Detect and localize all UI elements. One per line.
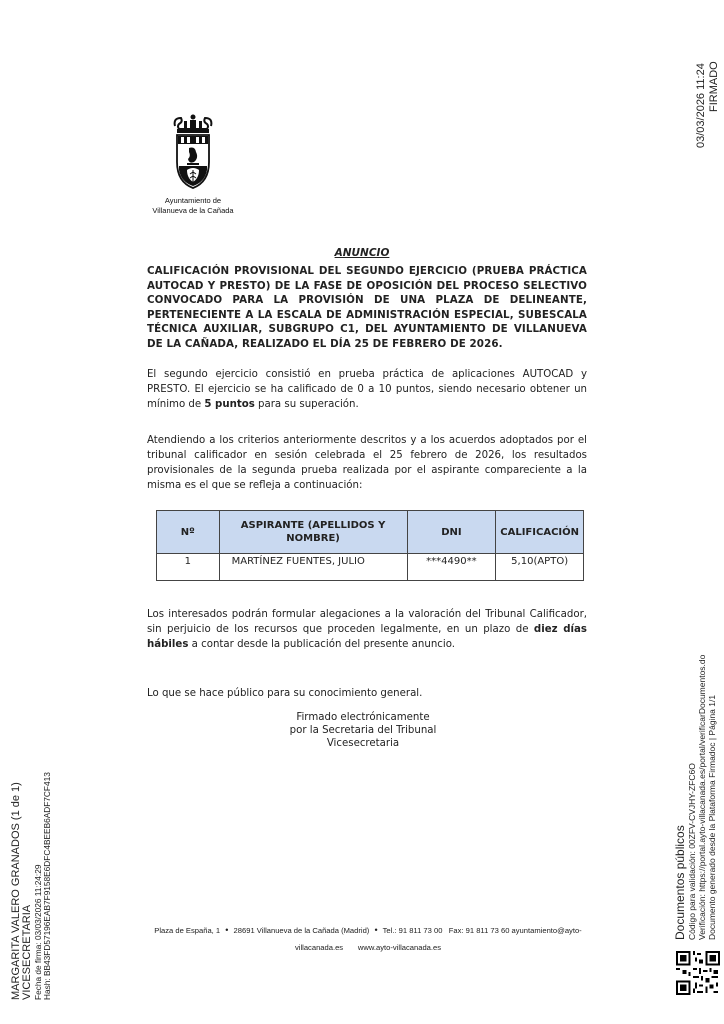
paragraph-text: Los interesados podrán formular alegacio… (147, 609, 587, 635)
footer-separator: • (225, 925, 228, 935)
paragraph-public-notice: Lo que se hace público para su conocimie… (147, 686, 587, 701)
column-header-grade: CALIFICACIÓN (496, 511, 584, 554)
footer-separator: • (374, 925, 377, 935)
page-footer: Plaza de España, 1 • 28691 Villanueva de… (148, 922, 588, 956)
column-header-applicant: ASPIRANTE (APELLIDOS Y NOMBRE) (219, 511, 407, 554)
cell-grade: 5,10(APTO) (496, 554, 584, 581)
cell-applicant: MARTÍNEZ FUENTES, JULIO (219, 554, 407, 581)
verification-url[interactable]: Verificación: https://portal.ayto-villac… (697, 655, 707, 940)
signer-hash: Hash: BB43FD57196EAB7F9158E6DFC4BEEB6ADF… (42, 772, 52, 1000)
signature-line3: Vicesecretaria (230, 737, 496, 750)
results-table: Nº ASPIRANTE (APELLIDOS Y NOMBRE) DNI CA… (156, 510, 584, 581)
footer-website-link[interactable]: www.ayto-villacanada.es (358, 943, 441, 952)
paragraph-exercise-description: El segundo ejercicio consistió en prueba… (147, 367, 587, 412)
table-row: 1 MARTÍNEZ FUENTES, JULIO ***4490** 5,10… (157, 554, 584, 581)
signature-stamp-status: FIRMADO (708, 61, 720, 112)
logo-line2: Villanueva de la Cañada (148, 206, 238, 216)
table-header-row: Nº ASPIRANTE (APELLIDOS Y NOMBRE) DNI CA… (157, 511, 584, 554)
public-docs-title: Documentos públicos (673, 825, 687, 940)
footer-email-domain: villacanada.es (295, 943, 343, 952)
column-header-number: Nº (157, 511, 220, 554)
generated-by: Documento generado desde la Plataforma F… (707, 695, 717, 940)
signature-stamp-date: 03/03/2026 11:24 (695, 63, 707, 148)
municipal-logo: Ayuntamiento de Villanueva de la Cañada (148, 112, 238, 216)
signature-line1: Firmado electrónicamente (230, 711, 496, 724)
paragraph-allegations: Los interesados podrán formular alegacio… (147, 607, 587, 652)
logo-line1: Ayuntamiento de (148, 196, 238, 206)
signature-line2: por la Secretaria del Tribunal (230, 724, 496, 737)
footer-address: Plaza de España, 1 (154, 926, 220, 935)
footer-postal: 28691 Villanueva de la Cañada (Madrid) (234, 926, 370, 935)
cell-number: 1 (157, 554, 220, 581)
paragraph-text: a contar desde la publicación del presen… (188, 639, 455, 650)
validation-code: Código para validación: 00ZFV-CVJHY-ZFC6… (687, 763, 697, 940)
document-heading: CALIFICACIÓN PROVISIONAL DEL SEGUNDO EJE… (147, 264, 587, 352)
footer-fax-email: Fax: 91 811 73 60 ayuntamiento@ayto- (449, 926, 582, 935)
paragraph-criteria: Atendiendo a los criterios anteriormente… (147, 433, 587, 493)
signature-block: Firmado electrónicamente por la Secretar… (230, 711, 496, 750)
paragraph-bold-text: 5 puntos (204, 399, 254, 410)
coat-of-arms-icon (169, 112, 217, 192)
qr-code-icon[interactable] (676, 951, 720, 995)
document-title: ANUNCIO (0, 247, 724, 259)
paragraph-text: para su superación. (255, 399, 359, 410)
signer-role: VICESECRETARIA (21, 905, 33, 1000)
footer-phone: Tel.: 91 811 73 00 (383, 926, 443, 935)
column-header-dni: DNI (407, 511, 496, 554)
cell-dni: ***4490** (407, 554, 496, 581)
